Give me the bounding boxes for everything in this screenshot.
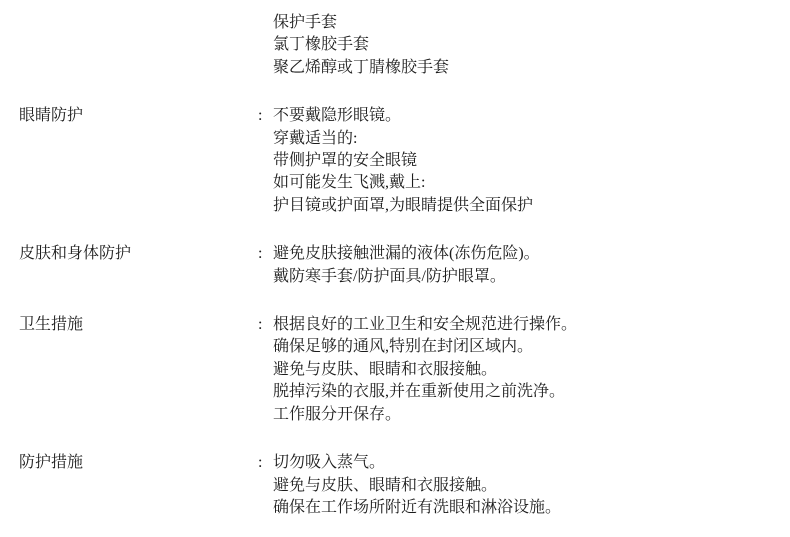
section-lines: 切勿吸入蒸气。避免与皮肤、眼睛和衣服接触。确保在工作场所附近有洗眼和淋浴设施。 bbox=[273, 452, 780, 519]
document-page: 保护手套氯丁橡胶手套聚乙烯醇或丁腈橡胶手套 眼睛防护 : 不要戴隐形眼镜。穿戴适… bbox=[0, 0, 790, 537]
definition-section: 保护手套氯丁橡胶手套聚乙烯醇或丁腈橡胶手套 bbox=[19, 12, 780, 79]
text-line: 如可能发生飞溅,戴上: bbox=[273, 172, 780, 194]
text-line: 避免皮肤接触泄漏的液体(冻伤危险)。 bbox=[273, 243, 780, 265]
text-line: 不要戴隐形眼镜。 bbox=[273, 105, 780, 127]
text-line: 确保在工作场所附近有洗眼和淋浴设施。 bbox=[273, 497, 780, 519]
colon-separator: : bbox=[258, 452, 273, 519]
colon-separator: : bbox=[258, 314, 273, 426]
definition-section: 防护措施 : 切勿吸入蒸气。避免与皮肤、眼睛和衣服接触。确保在工作场所附近有洗眼… bbox=[19, 452, 780, 519]
section-lines: 保护手套氯丁橡胶手套聚乙烯醇或丁腈橡胶手套 bbox=[273, 12, 780, 79]
section-label bbox=[19, 12, 258, 79]
text-line: 避免与皮肤、眼睛和衣服接触。 bbox=[273, 359, 780, 381]
definition-section: 眼睛防护 : 不要戴隐形眼镜。穿戴适当的:带侧护罩的安全眼镜如可能发生飞溅,戴上… bbox=[19, 105, 780, 217]
colon-separator: : bbox=[258, 105, 273, 217]
text-line: 氯丁橡胶手套 bbox=[273, 34, 780, 56]
text-line: 根据良好的工业卫生和安全规范进行操作。 bbox=[273, 314, 780, 336]
text-line: 工作服分开保存。 bbox=[273, 404, 780, 426]
text-line: 穿戴适当的: bbox=[273, 128, 780, 150]
text-line: 保护手套 bbox=[273, 12, 780, 34]
definition-section: 皮肤和身体防护 : 避免皮肤接触泄漏的液体(冻伤危险)。戴防寒手套/防护面具/防… bbox=[19, 243, 780, 288]
section-lines: 根据良好的工业卫生和安全规范进行操作。确保足够的通风,特别在封闭区域内。避免与皮… bbox=[273, 314, 780, 426]
section-label: 卫生措施 bbox=[19, 314, 258, 426]
section-label: 皮肤和身体防护 bbox=[19, 243, 258, 288]
text-line: 聚乙烯醇或丁腈橡胶手套 bbox=[273, 57, 780, 79]
section-label: 防护措施 bbox=[19, 452, 258, 519]
text-line: 避免与皮肤、眼睛和衣服接触。 bbox=[273, 475, 780, 497]
colon-separator bbox=[258, 12, 273, 79]
text-line: 戴防寒手套/防护面具/防护眼罩。 bbox=[273, 266, 780, 288]
text-line: 带侧护罩的安全眼镜 bbox=[273, 150, 780, 172]
section-lines: 不要戴隐形眼镜。穿戴适当的:带侧护罩的安全眼镜如可能发生飞溅,戴上:护目镜或护面… bbox=[273, 105, 780, 217]
definition-section: 卫生措施 : 根据良好的工业卫生和安全规范进行操作。确保足够的通风,特别在封闭区… bbox=[19, 314, 780, 426]
text-line: 脱掉污染的衣服,并在重新使用之前洗净。 bbox=[273, 381, 780, 403]
text-line: 护目镜或护面罩,为眼睛提供全面保护 bbox=[273, 195, 780, 217]
section-lines: 避免皮肤接触泄漏的液体(冻伤危险)。戴防寒手套/防护面具/防护眼罩。 bbox=[273, 243, 780, 288]
sections-container: 保护手套氯丁橡胶手套聚乙烯醇或丁腈橡胶手套 眼睛防护 : 不要戴隐形眼镜。穿戴适… bbox=[19, 12, 780, 519]
section-label: 眼睛防护 bbox=[19, 105, 258, 217]
colon-separator: : bbox=[258, 243, 273, 288]
text-line: 确保足够的通风,特别在封闭区域内。 bbox=[273, 336, 780, 358]
text-line: 切勿吸入蒸气。 bbox=[273, 452, 780, 474]
